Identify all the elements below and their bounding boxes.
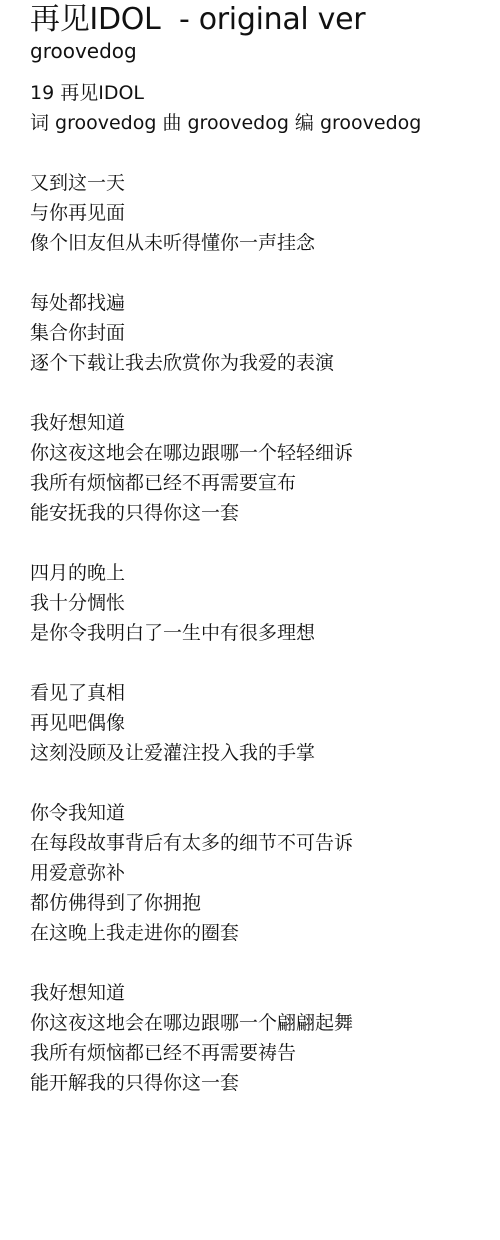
stanza: 你令我知道 在每段故事背后有太多的细节不可告诉 用爱意弥补 都仿佛得到了你拥抱 … — [30, 798, 500, 948]
stanza-gap — [30, 378, 500, 408]
lyric-line: 我十分惆怅 — [30, 588, 500, 618]
lyric-line: 逐个下载让我去欣赏你为我爱的表演 — [30, 348, 500, 378]
stanza: 每处都找遍 集合你封面 逐个下载让我去欣赏你为我爱的表演 — [30, 288, 500, 378]
track-line: 19 再见IDOL — [30, 78, 500, 108]
lyric-line: 我好想知道 — [30, 408, 500, 438]
lyric-line: 我好想知道 — [30, 978, 500, 1008]
stanza-gap — [30, 258, 500, 288]
lyric-line: 集合你封面 — [30, 318, 500, 348]
stanza: 四月的晚上 我十分惆怅 是你令我明白了一生中有很多理想 — [30, 558, 500, 648]
lyric-line: 能安抚我的只得你这一套 — [30, 498, 500, 528]
stanza-gap — [30, 138, 500, 168]
lyric-line: 在这晚上我走进你的圈套 — [30, 918, 500, 948]
stanza: 我好想知道 你这夜这地会在哪边跟哪一个轻轻细诉 我所有烦恼都已经不再需要宣布 能… — [30, 408, 500, 528]
lyric-line: 四月的晚上 — [30, 558, 500, 588]
stanza-gap — [30, 648, 500, 678]
lyric-line: 这刻没顾及让爱灌注投入我的手掌 — [30, 738, 500, 768]
stanza-gap — [30, 528, 500, 558]
lyric-line: 再见吧偶像 — [30, 708, 500, 738]
lyric-line: 我所有烦恼都已经不再需要祷告 — [30, 1038, 500, 1068]
lyric-line: 你令我知道 — [30, 798, 500, 828]
lyric-line: 你这夜这地会在哪边跟哪一个翩翩起舞 — [30, 1008, 500, 1038]
lyric-line: 用爱意弥补 — [30, 858, 500, 888]
lyric-line: 像个旧友但从未听得懂你一声挂念 — [30, 228, 500, 258]
stanza: 看见了真相 再见吧偶像 这刻没顾及让爱灌注投入我的手掌 — [30, 678, 500, 768]
lyric-line: 看见了真相 — [30, 678, 500, 708]
lyric-line: 与你再见面 — [30, 198, 500, 228]
lyric-line: 你这夜这地会在哪边跟哪一个轻轻细诉 — [30, 438, 500, 468]
stanza: 我好想知道 你这夜这地会在哪边跟哪一个翩翩起舞 我所有烦恼都已经不再需要祷告 能… — [30, 978, 500, 1098]
lyric-line: 在每段故事背后有太多的细节不可告诉 — [30, 828, 500, 858]
stanza-gap — [30, 768, 500, 798]
credits-line: 词 groovedog 曲 groovedog 编 groovedog — [30, 108, 500, 138]
stanza: 又到这一天 与你再见面 像个旧友但从未听得懂你一声挂念 — [30, 168, 500, 258]
song-title: 再见IDOL - original ver — [30, 0, 500, 38]
lyric-line: 每处都找遍 — [30, 288, 500, 318]
lyric-line: 是你令我明白了一生中有很多理想 — [30, 618, 500, 648]
stanza-gap — [30, 948, 500, 978]
song-artist: groovedog — [30, 38, 500, 64]
lyrics-body: 19 再见IDOL 词 groovedog 曲 groovedog 编 groo… — [30, 78, 500, 1098]
lyric-line: 又到这一天 — [30, 168, 500, 198]
lyric-line: 能开解我的只得你这一套 — [30, 1068, 500, 1098]
lyric-line: 我所有烦恼都已经不再需要宣布 — [30, 468, 500, 498]
lyric-line: 都仿佛得到了你拥抱 — [30, 888, 500, 918]
lyrics-page: 再见IDOL - original ver groovedog 19 再见IDO… — [30, 0, 500, 1098]
